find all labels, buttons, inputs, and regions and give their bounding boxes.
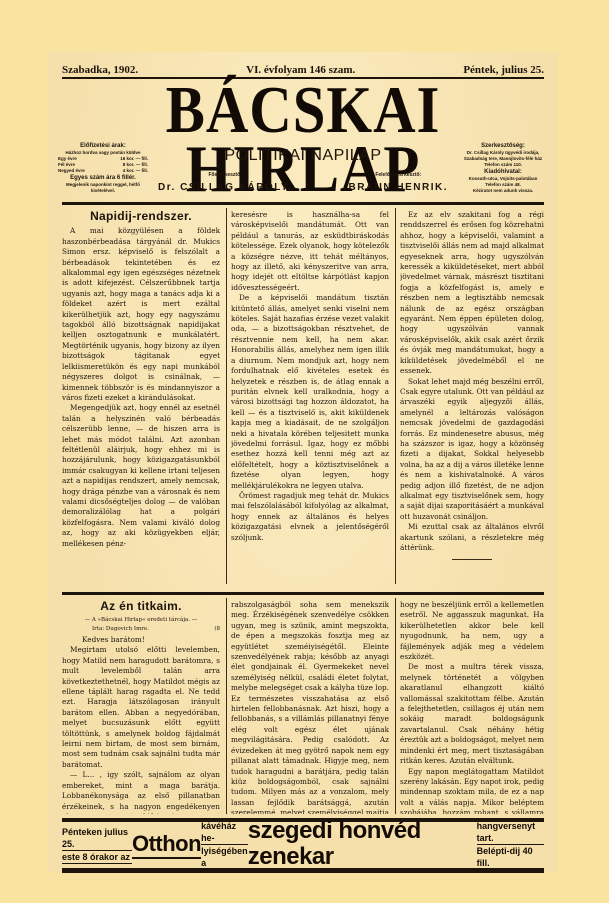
paragraph: Megengedjük azt, hogy ennél az esetnél t… (62, 403, 220, 549)
paragraph: De most a multra térek vissza, melynek t… (400, 662, 544, 766)
publishing-office-heading: Kiadóhivatal: (458, 169, 548, 175)
concert-advertisement: Pénteken julius 25. este 8 órakor az Ott… (62, 818, 544, 873)
paragraph: — L... , igy szólt, sajnálom az olyan em… (62, 770, 220, 814)
price-row: Negyed évre 4 kor. — fill. (58, 168, 148, 174)
place-year: Szabadka, 1902. (62, 64, 138, 76)
editorial-office-heading: Szerkesztőség: (458, 143, 548, 149)
responsible-editor: Felelős szerkesztő: BRAUN HENRIK. (349, 172, 449, 202)
manuscripts-note: Kéziratot nem adunk vissza. (458, 188, 548, 194)
chief-editor: Főszerkesztő: Dr. CSILLAG KÁROLY. (158, 172, 292, 202)
paragraph: Ez az elv szakitani fog a régi renddszer… (400, 210, 544, 377)
office-box: Szerkesztőség: Dr. Csillag Károly ügyvéd… (458, 142, 548, 194)
paragraph: rabszolgaságból soha sem menekszik meg. … (231, 600, 389, 814)
paragraph: Mi ezuttal csak az általános elvről akar… (400, 522, 544, 553)
end-rule (452, 559, 492, 560)
subscription-box: Előfizetési árak: Házhoz hordva vagy pos… (58, 142, 148, 194)
paragraph: Sokat lehet majd még beszélni erről, Csa… (400, 377, 544, 523)
article2-column-1: Az én titkaim. — A »Bácskai Hirlap« ered… (62, 598, 220, 814)
column-divider (395, 208, 396, 584)
column-divider (226, 598, 227, 814)
masthead-subtitle: POLITIKAI NAPILAP (198, 147, 408, 165)
section-rule (62, 592, 544, 595)
editorial-office-phone: Telefon szám 110. (458, 162, 548, 168)
paragraph: A mai közgyülésen a földek haszonbérbead… (62, 226, 220, 403)
single-copy-price: Egyes szám ára 6 fillér. (58, 175, 148, 181)
author: Irta: Dugovich Imre. (92, 625, 149, 634)
article2-column-3: hogy ne beszéljünk erről a kellemetlen e… (400, 600, 544, 814)
article1-column-3: Ez az elv szakitani fog a régi renddszer… (400, 210, 544, 586)
article1-title: Napidij-rendszer. (62, 211, 220, 221)
paragraph: Megirtam utolsó előtti levelemben, hogy … (62, 645, 220, 770)
article2-column-2: rabszolgaságból soha sem menekszik meg. … (231, 600, 389, 814)
ad-concert-info: hangversenyt tart. Belépti-dij 40 fill. (477, 820, 544, 870)
column-divider (395, 598, 396, 814)
masthead-title: BÁCSKAI HIRLAP (78, 81, 529, 140)
article1-column-1: Napidij-rendszer. A mai közgyülésen a fö… (62, 208, 220, 586)
editors: Főszerkesztő: Dr. CSILLAG KÁROLY. Felelő… (158, 172, 448, 202)
newspaper-page: Szabadka, 1902. VI. évfolyam 146 szam. P… (48, 52, 558, 872)
article2-title: Az én titkaim. (62, 601, 220, 611)
editorial-office-text: Dr. Csillag Károly ügyvédi irodája, Szab… (458, 150, 548, 162)
article2-byline: Irta: Dugovich Imre. (8 (62, 625, 220, 634)
part-number: (8 (214, 625, 220, 634)
subscription-heading: Előfizetési árak: (58, 143, 148, 149)
header-rule (62, 202, 544, 205)
appearance-note: Megjelenik naponkint reggel, hétfő kivét… (58, 182, 148, 194)
article2-subtitle: — A »Bácskai Hirlap« eredeti tárcája. — (62, 616, 220, 625)
paragraph: hogy ne beszéljünk erről a kellemetlen e… (400, 600, 544, 662)
ad-venue: Otthon (132, 831, 201, 859)
paragraph: De a képviselői mandátum tisztán kitünte… (231, 293, 389, 491)
paragraph: keresésre is használha-sa fel városképvi… (231, 210, 389, 293)
ad-band: szegedi honvéd zenekar (248, 818, 477, 872)
salutation: Kedves barátom! (62, 634, 220, 645)
ad-venue-suffix: kávéház he- lyiségében a (201, 820, 248, 870)
ad-date: Pénteken julius 25. este 8 órakor az (62, 826, 132, 864)
column-divider (226, 208, 227, 584)
article1-column-2: keresésre is használha-sa fel városképvi… (231, 210, 389, 586)
paragraph: Egy napon meglátogattam Matildot szerény… (400, 767, 544, 815)
paragraph: Örömest ragadjuk meg tehát dr. Mukics ma… (231, 491, 389, 543)
issue-date: Péntek, julius 25. (463, 64, 544, 76)
